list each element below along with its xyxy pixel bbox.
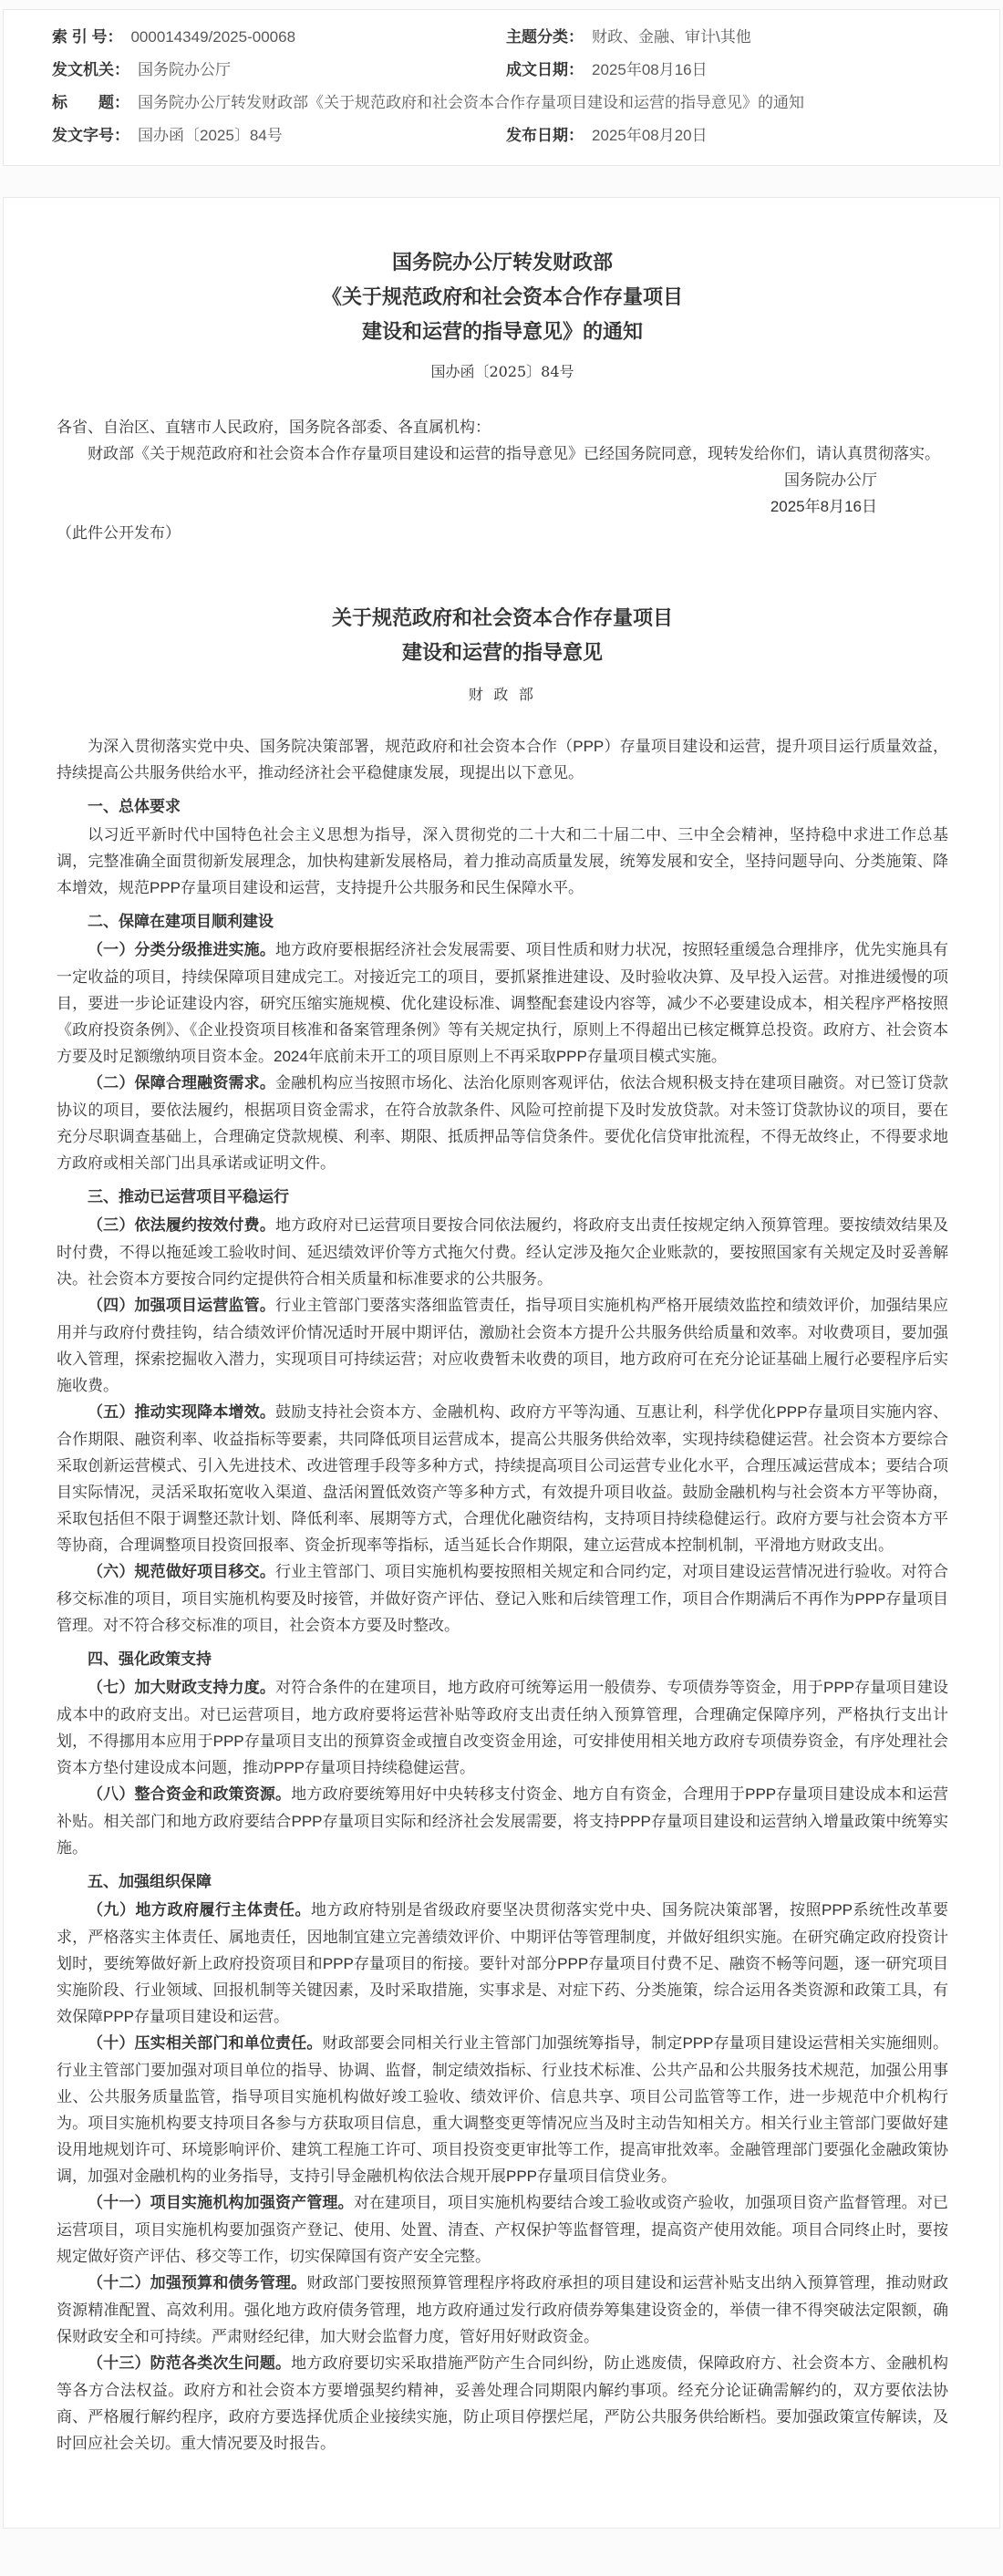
item-lead: （五）推动实现降本增效。 (88, 1403, 275, 1422)
notice-title: 国务院办公厅转发财政部 《关于规范政府和社会资本合作存量项目 建设和运营的指导意… (57, 245, 948, 349)
guideline-title-line2: 建设和运营的指导意见 (402, 641, 603, 664)
doc-number: 国办函〔2025〕84号 (57, 360, 948, 381)
item-lead: （七）加大财政支持力度。 (88, 1679, 275, 1697)
public-note: （此件公开发布） (57, 520, 948, 546)
item-lead: （四）加强项目运营监管。 (88, 1297, 275, 1315)
section-heading: 二、保障在建项目顺利建设 (57, 908, 948, 935)
doc-paragraph: （一）分类分级推进实施。地方政府要根据经济社会发展需要、项目性质和财力状况，按照… (57, 936, 948, 1070)
doc-paragraph: （二）保障合理融资需求。金融机构应当按照市场化、法治化原则客观评估，依法合规积极… (57, 1070, 948, 1176)
doc-paragraph: 以习近平新时代中国特色社会主义思想为指导，深入贯彻党的二十大和二十届二中、三中全… (57, 822, 948, 901)
meta-publish-date-label: 发布日期： (506, 119, 584, 152)
meta-agency-label: 发文机关： (52, 54, 129, 87)
meta-topic-value: 财政、金融、审计\其他 (592, 21, 751, 54)
meta-written-date: 成文日期： 2025年08月16日 (506, 54, 954, 87)
meta-index: 索 引 号： 000014349/2025-00068 (52, 21, 506, 54)
doc-paragraph: （十）压实相关部门和单位责任。财政部要会同相关行业主管部门加强统筹指导，制定PP… (57, 2030, 948, 2189)
meta-written-date-value: 2025年08月16日 (592, 54, 708, 87)
meta-publish-date-value: 2025年08月20日 (592, 119, 708, 152)
notice-title-line1: 国务院办公厅转发财政部 (392, 251, 613, 274)
document-meta-box: 索 引 号： 000014349/2025-00068 主题分类： 财政、金融、… (3, 9, 1000, 166)
meta-title: 标 题： 国务院办公厅转发财政部《关于规范政府和社会资本合作存量项目建设和运营的… (52, 87, 954, 119)
meta-doc-number-label: 发文字号： (52, 119, 129, 152)
page: { "meta": { "index_label": "索 引 号：", "in… (0, 9, 1003, 2576)
section-heading: 四、强化政策支持 (57, 1646, 948, 1672)
meta-doc-number: 发文字号： 国办函〔2025〕84号 (52, 119, 506, 152)
section-heading: 一、总体要求 (57, 793, 948, 820)
meta-title-value: 国务院办公厅转发财政部《关于规范政府和社会资本合作存量项目建设和运营的指导意见》… (138, 87, 804, 119)
guideline-body: 为深入贯彻落实党中央、国务院决策部署，规范政府和社会资本合作（PPP）存量项目建… (57, 733, 948, 2457)
doc-paragraph: （十三）防范各类次生问题。地方政府要切实采取措施严防产生合同纠纷，防止逃废债，保… (57, 2350, 948, 2457)
doc-paragraph: （六）规范做好项目移交。行业主管部门、项目实施机构要按照相关规定和合同约定，对项… (57, 1558, 948, 1639)
signer: 国务院办公厅 (57, 467, 948, 493)
doc-paragraph: （四）加强项目运营监管。行业主管部门要落实落细监管责任，指导项目实施机构严格开展… (57, 1292, 948, 1399)
meta-title-label: 标 题： (52, 87, 129, 119)
document-body-box: 国务院办公厅转发财政部 《关于规范政府和社会资本合作存量项目 建设和运营的指导意… (3, 197, 1000, 2529)
doc-paragraph: （十一）项目实施机构加强资产管理。对在建项目，项目实施机构要结合竣工验收或资产验… (57, 2189, 948, 2270)
doc-paragraph: （十二）加强预算和债务管理。财政部门要按照预算管理程序将政府承担的项目建设和运营… (57, 2270, 948, 2350)
doc-paragraph: （八）整合资金和政策资源。地方政府要统筹用好中央转移支付资金、地方自有资金，合理… (57, 1781, 948, 1861)
item-lead: （十二）加强预算和债务管理。 (88, 2274, 306, 2292)
meta-index-value: 000014349/2025-00068 (130, 21, 295, 54)
meta-written-date-label: 成文日期： (506, 54, 584, 87)
meta-agency: 发文机关： 国务院办公厅 (52, 54, 506, 87)
meta-topic-label: 主题分类： (506, 21, 584, 54)
meta-grid: 索 引 号： 000014349/2025-00068 主题分类： 财政、金融、… (52, 21, 954, 152)
notice-section: 各省、自治区、直辖市人民政府，国务院各部委、各直属机构： 财政部《关于规范政府和… (57, 414, 948, 546)
item-lead: （六）规范做好项目移交。 (88, 1563, 275, 1581)
meta-publish-date: 发布日期： 2025年08月20日 (506, 119, 954, 152)
item-lead: （三）依法履约按效付费。 (88, 1216, 275, 1235)
notice-title-line2: 《关于规范政府和社会资本合作存量项目 (322, 285, 683, 308)
doc-paragraph: （五）推动实现降本增效。鼓励支持社会资本方、金融机构、政府方平等沟通、互惠让利，… (57, 1399, 948, 1558)
guideline-title: 关于规范政府和社会资本合作存量项目 建设和运营的指导意见 (57, 601, 948, 670)
guideline-title-line1: 关于规范政府和社会资本合作存量项目 (332, 606, 673, 629)
doc-paragraph: （七）加大财政支持力度。对符合条件的在建项目，地方政府可统筹运用一般债券、专项债… (57, 1674, 948, 1781)
salutation: 各省、自治区、直辖市人民政府，国务院各部委、各直属机构： (57, 414, 948, 440)
item-lead: （九）地方政府履行主体责任。 (88, 1901, 311, 1919)
item-lead: （一）分类分级推进实施。 (88, 941, 275, 959)
item-lead: （十）压实相关部门和单位责任。 (88, 2034, 323, 2053)
meta-doc-number-value: 国办函〔2025〕84号 (138, 119, 283, 152)
item-lead: （十一）项目实施机构加强资产管理。 (88, 2194, 354, 2212)
forward-paragraph: 财政部《关于规范政府和社会资本合作存量项目建设和运营的指导意见》已经国务院同意，… (57, 440, 948, 467)
item-lead: （八）整合资金和政策资源。 (88, 1785, 291, 1804)
guideline-author: 财 政 部 (57, 683, 948, 704)
section-heading: 五、加强组织保障 (57, 1868, 948, 1895)
doc-paragraph: （九）地方政府履行主体责任。地方政府特别是省级政府要坚决贯彻落实党中央、国务院决… (57, 1897, 948, 2030)
item-lead: （十三）防范各类次生问题。 (88, 2354, 291, 2373)
doc-paragraph: （三）依法履约按效付费。地方政府对已运营项目要按合同依法履约，将政府支出责任按规… (57, 1212, 948, 1292)
meta-agency-value: 国务院办公厅 (138, 54, 231, 87)
meta-topic: 主题分类： 财政、金融、审计\其他 (506, 21, 954, 54)
notice-title-line3: 建设和运营的指导意见》的通知 (362, 320, 643, 343)
meta-index-label: 索 引 号： (52, 21, 122, 54)
doc-paragraph: 为深入贯彻落实党中央、国务院决策部署，规范政府和社会资本合作（PPP）存量项目建… (57, 733, 948, 786)
item-lead: （二）保障合理融资需求。 (88, 1074, 275, 1092)
sign-date: 2025年8月16日 (57, 493, 948, 520)
section-heading: 三、推动已运营项目平稳运行 (57, 1184, 948, 1210)
